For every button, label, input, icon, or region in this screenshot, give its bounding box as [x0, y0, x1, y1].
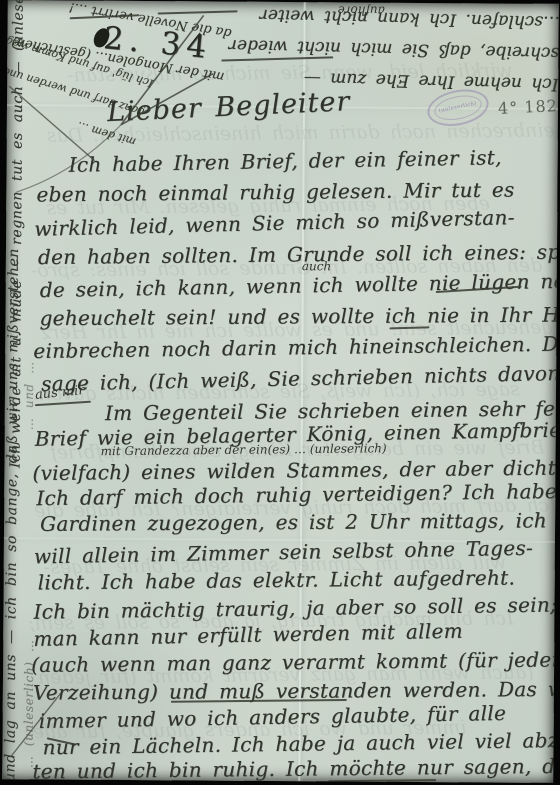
handwriting-line: wirklich leid, wenn Sie mich so mißverst… [34, 205, 515, 241]
interline-insert: mit Grandezza aber der ein(es) … (unlese… [101, 441, 387, 458]
handwriting-line: Ich habe Ihren Brief, der ein feiner ist… [68, 145, 501, 177]
call-number: 4° 1821/5 [498, 95, 559, 118]
handwriting-line: de sein, ich kann, wenn ich wollte nie l… [40, 268, 559, 302]
left-margin-note-2: und lag an uns — ich bin so bange, daß w… [2, 223, 22, 782]
handwriting-line: Gardinen zugezogen, es ist 2 Uhr mittags… [40, 508, 547, 536]
handwriting-line: licht. Ich habe das elektr. Licht aufged… [38, 565, 516, 594]
left-margin-note-4: … und … [22, 361, 36, 430]
handwriting-line: den haben sollten. Im Grunde soll ich ei… [38, 239, 559, 269]
handwriting-line: geheuchelt sein! und es wollte ich nie i… [39, 302, 558, 330]
top-margin-superscript: aufhöre [338, 3, 385, 17]
handwriting-line: Ich bin mächtig traurig, ja aber so soll… [33, 592, 557, 623]
handwriting-line: sage ich, (Ich weiß, Sie schrieben nicht… [41, 361, 559, 396]
handwriting-line: einbrechen noch darin mich hineinschleic… [33, 331, 559, 363]
handwriting-line: immer und wo ich anders glaubte, für all… [39, 701, 507, 733]
letter-paper: eben noch einmal ruhig gelesen. Mir tut … [2, 0, 558, 783]
library-stamp-inner-ring: (unleserlich) [432, 92, 484, 124]
underline-nur-sagen [328, 779, 436, 782]
library-stamp-text: (unleserlich) [439, 101, 478, 114]
handwriting-line: ten und ich bin ruhig. Ich möchte nur sa… [32, 753, 558, 783]
handwriting-line: will allein im Zimmer sein selbst ohne T… [34, 536, 533, 569]
letter-scan: eben noch einmal ruhig gelesen. Mir tut … [0, 0, 560, 785]
handwriting-line: man kann nur erfüllt werden mit allem [33, 619, 463, 651]
handwriting-line: eben noch einmal ruhig gelesen. Mir tut … [36, 177, 514, 206]
underline-nie [389, 326, 429, 329]
handwriting-line: (auch wenn man ganz verarmt kommt (für j… [31, 647, 559, 677]
superscript-insert: auch [302, 259, 331, 273]
